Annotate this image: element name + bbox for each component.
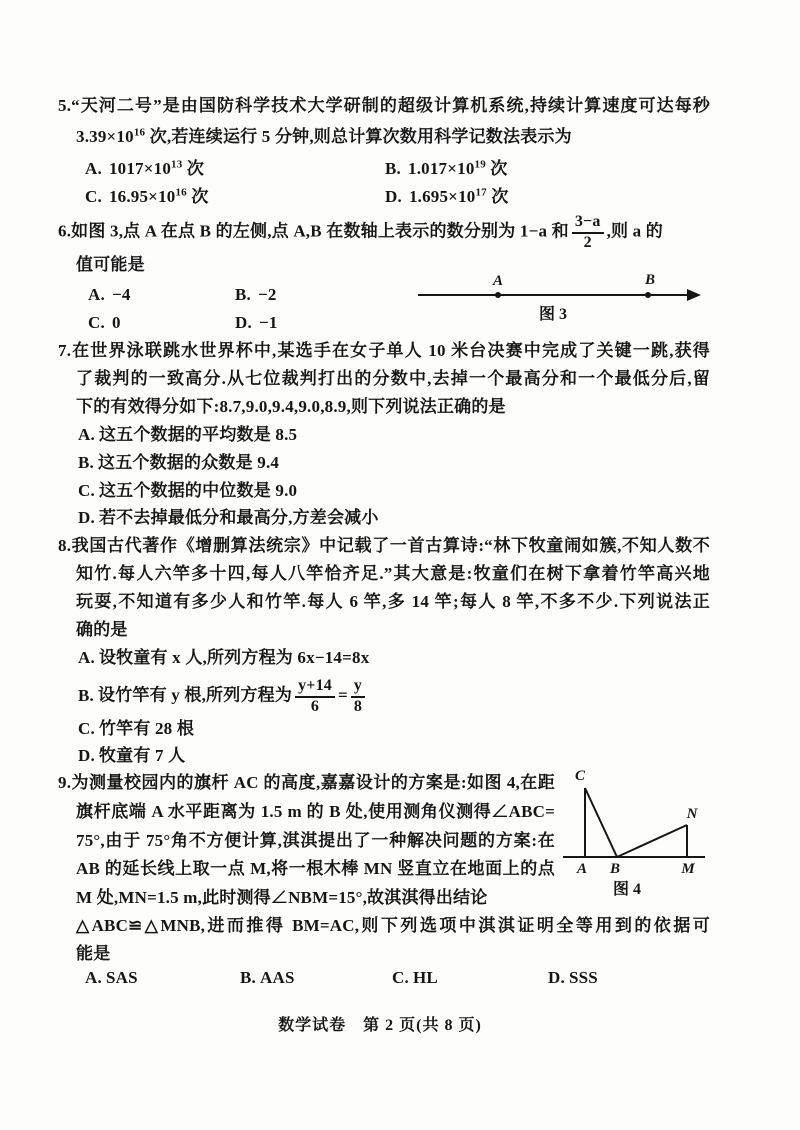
q5-option-d: D.1.695×1017 次 [385,186,509,208]
point-b-label: B [644,272,655,288]
q5-option-b-exponent: 19 [475,158,486,170]
q5-line2: 3.39×1016 次,若连续运行 5 分钟,则总计算次数用科学记数法表示为 [76,126,572,148]
q9-option-b: B.AAS [240,967,295,989]
q5-option-d-exponent: 17 [475,186,486,198]
figure-4-flagpole-diagram: C N A B M 图 4 [553,757,718,902]
q5-option-a-text: 1017×10 [109,159,171,178]
q9-option-a-label: A. [85,968,102,987]
q5-option-c-label: C. [85,187,102,206]
q8-option-b-fraction-1-denominator: 6 [295,698,335,716]
q5-line2-exponent: 16 [134,126,145,138]
q7-option-d-label: D. [78,508,95,527]
q7-line3: 下的有效得分如下:8.7,9.0,9.4,9.0,8.9,则下列说法正确的是 [76,396,506,418]
q5-option-d-unit: 次 [487,187,509,206]
q5-option-c-text: 16.95×10 [109,187,176,206]
q9-line5: M 处,MN=1.5 m,此时测得∠NBM=15°,故淇淇得出结论 [76,887,487,909]
q6-option-c: C.0 [88,312,121,334]
q8-option-b-fraction-2-numerator: y [351,678,365,698]
q9-option-c-label: C. [392,968,409,987]
point-b-dot [645,292,651,298]
q8-option-b-fraction-1-numerator: y+14 [295,678,335,698]
q9-option-b-label: B. [240,968,256,987]
point-a-dot [495,292,501,298]
q9-line1: 9.为测量校园内的旗杆 AC 的高度,嘉嘉设计的方案是:如图 4,在距 [58,772,555,794]
sightline-bn [617,825,687,857]
q7-option-c: C.这五个数据的中位数是 9.0 [78,480,297,502]
q5-option-a-label: A. [85,159,102,178]
q6-option-d: D.−1 [235,312,278,334]
point-n-label: N [686,806,699,822]
point-a-label: A [492,273,503,289]
q6-option-a-label: A. [88,285,105,304]
q6-fraction: 3−a2 [572,214,604,252]
q8-option-c-text: 竹竿有 28 根 [99,719,194,738]
q5-option-d-text: 1.695×10 [409,187,476,206]
q7-option-d: D.若不去掉最低分和最高分,方差会减小 [78,507,379,529]
q8-line1: 8.我国古代著作《增删算法统宗》中记载了一首古算诗:“林下牧童闹如簇,不知人数不 [58,535,710,557]
q5-option-c: C.16.95×1016 次 [85,186,209,208]
q6-option-b-label: B. [235,285,251,304]
q9-option-a-text: SAS [106,968,138,987]
q9-option-c-text: HL [413,968,438,987]
figure-3-number-line: A B 图 3 [405,270,705,325]
point-c-label: C [575,768,586,784]
q6-option-c-text: 0 [112,313,121,332]
q6-line2: 值可能是 [76,254,145,276]
point-m-label: M [680,861,695,877]
q7-option-b-text: 这五个数据的众数是 9.4 [98,453,279,472]
q9-option-d-text: SSS [569,968,598,987]
q5-line2-pre: 3.39×10 [76,127,134,146]
point-a-label: A [576,861,587,877]
q7-option-b-label: B. [78,453,94,472]
q9-line2: 旗杆底端 A 水平距离为 1.5 m 的 B 处,使用测角仪测得∠ABC= [76,801,555,823]
q6-option-c-label: C. [88,313,105,332]
page-footer: 数学试卷 第 2 页(共 8 页) [0,1012,760,1035]
q8-option-d: D.牧童有 7 人 [78,745,185,767]
q5-line2-post: 次,若连续运行 5 分钟,则总计算次数用科学记数法表示为 [145,127,572,146]
q6-fraction-numerator: 3−a [572,214,604,234]
q8-option-d-text: 牧童有 7 人 [99,746,185,765]
q7-option-a-label: A. [78,425,95,444]
q7-option-c-label: C. [78,481,95,500]
q6-fraction-denominator: 2 [572,234,604,252]
q8-option-b-fraction-2-denominator: 8 [351,698,365,716]
number-line-arrowhead-icon [687,289,701,301]
q8-line3: 玩耍,不知道有多少人和竹竿.每人 6 竿,多 14 竿;每人 8 竿,不多不少.… [76,591,710,613]
q9-line4: AB 的延长线上取一点 M,将一根木棒 MN 竖直立在地面上的点 [76,858,555,880]
q5-option-b: B.1.017×1019 次 [385,158,508,180]
q6-option-a: A.−4 [88,284,131,306]
sightline-cb [585,788,617,857]
q8-option-b: B.设竹竿有 y 根,所列方程为y+146=y8 [78,678,368,716]
q5-option-a: A.1017×1013 次 [85,158,204,180]
q8-option-b-label: B. [78,686,94,705]
q8-option-b-fraction-1: y+146 [295,678,335,716]
q5-option-b-text: 1.017×10 [408,159,475,178]
q7-option-a-text: 这五个数据的平均数是 8.5 [99,425,297,444]
q9-option-c: C.HL [392,967,438,989]
q8-line2: 知竹.每人六竿多十四,每人八竿恰齐足.”其大意是:牧童们在树下拿着竹竿高兴地 [76,563,710,585]
q6-line1-pre: 6.如图 3,点 A 在点 B 的左侧,点 A,B 在数轴上表示的数分别为 1−… [58,222,569,241]
figure-4-caption: 图 4 [613,879,641,898]
q8-option-a-text: 设牧童有 x 人,所列方程为 6x−14=8x [99,648,369,667]
q7-line2: 了裁判的一致高分.从七位裁判打出的分数中,去掉一个最高分和一个最低分后,留 [76,368,710,390]
q6-option-b: B.−2 [235,284,277,306]
q9-option-a: A.SAS [85,967,138,989]
q6-line1-post: ,则 a 的 [607,222,663,241]
q5-option-c-exponent: 16 [175,186,186,198]
q8-option-a-label: A. [78,648,95,667]
q5-option-a-exponent: 13 [171,158,182,170]
q6-option-d-text: −1 [259,313,278,332]
q9-option-d-label: D. [548,968,565,987]
q8-option-c-label: C. [78,719,95,738]
figure-3-caption: 图 3 [539,304,567,323]
q8-option-a: A.设牧童有 x 人,所列方程为 6x−14=8x [78,647,369,669]
q8-line4: 确的是 [76,619,128,641]
q5-option-b-label: B. [385,159,401,178]
q9-line6: △ABC≌△MNB,进而推得 BM=AC,则下列选项中淇淇证明全等用到的依据可 [76,915,710,937]
q9-option-d: D.SSS [548,967,598,989]
exam-page: 5.“天河二号”是由国防科学技术大学研制的超级计算机系统,持续计算速度可达每秒 … [0,0,800,1130]
q6-line1: 6.如图 3,点 A 在点 B 的左侧,点 A,B 在数轴上表示的数分别为 1−… [58,214,663,252]
q8-option-d-label: D. [78,746,95,765]
q7-option-d-text: 若不去掉最低分和最高分,方差会减小 [99,508,379,527]
q5-option-b-unit: 次 [486,159,508,178]
q6-option-a-text: −4 [112,285,131,304]
q9-line3: 75°,由于 75°角不方便计算,淇淇提出了一种解决问题的方案:在 [76,830,555,852]
q6-option-d-label: D. [235,313,252,332]
q5-line1: 5.“天河二号”是由国防科学技术大学研制的超级计算机系统,持续计算速度可达每秒 [58,95,710,117]
point-b-label: B [609,861,620,877]
q7-line1: 7.在世界泳联跳水世界杯中,某选手在女子单人 10 米台决赛中完成了关键一跳,获… [58,340,710,362]
q8-option-b-text: 设竹竿有 y 根,所列方程为 [98,686,292,705]
q7-option-a: A.这五个数据的平均数是 8.5 [78,424,297,446]
q5-option-c-unit: 次 [187,187,209,206]
q9-option-b-text: AAS [260,968,295,987]
q9-line7: 能是 [76,943,110,965]
q8-option-b-fraction-2: y8 [351,678,365,716]
q5-option-a-unit: 次 [182,159,204,178]
q7-option-c-text: 这五个数据的中位数是 9.0 [99,481,297,500]
q8-option-c: C.竹竿有 28 根 [78,718,194,740]
q6-option-b-text: −2 [258,285,277,304]
q8-option-b-equals: = [338,686,348,705]
q7-option-b: B.这五个数据的众数是 9.4 [78,452,279,474]
q5-option-d-label: D. [385,187,402,206]
